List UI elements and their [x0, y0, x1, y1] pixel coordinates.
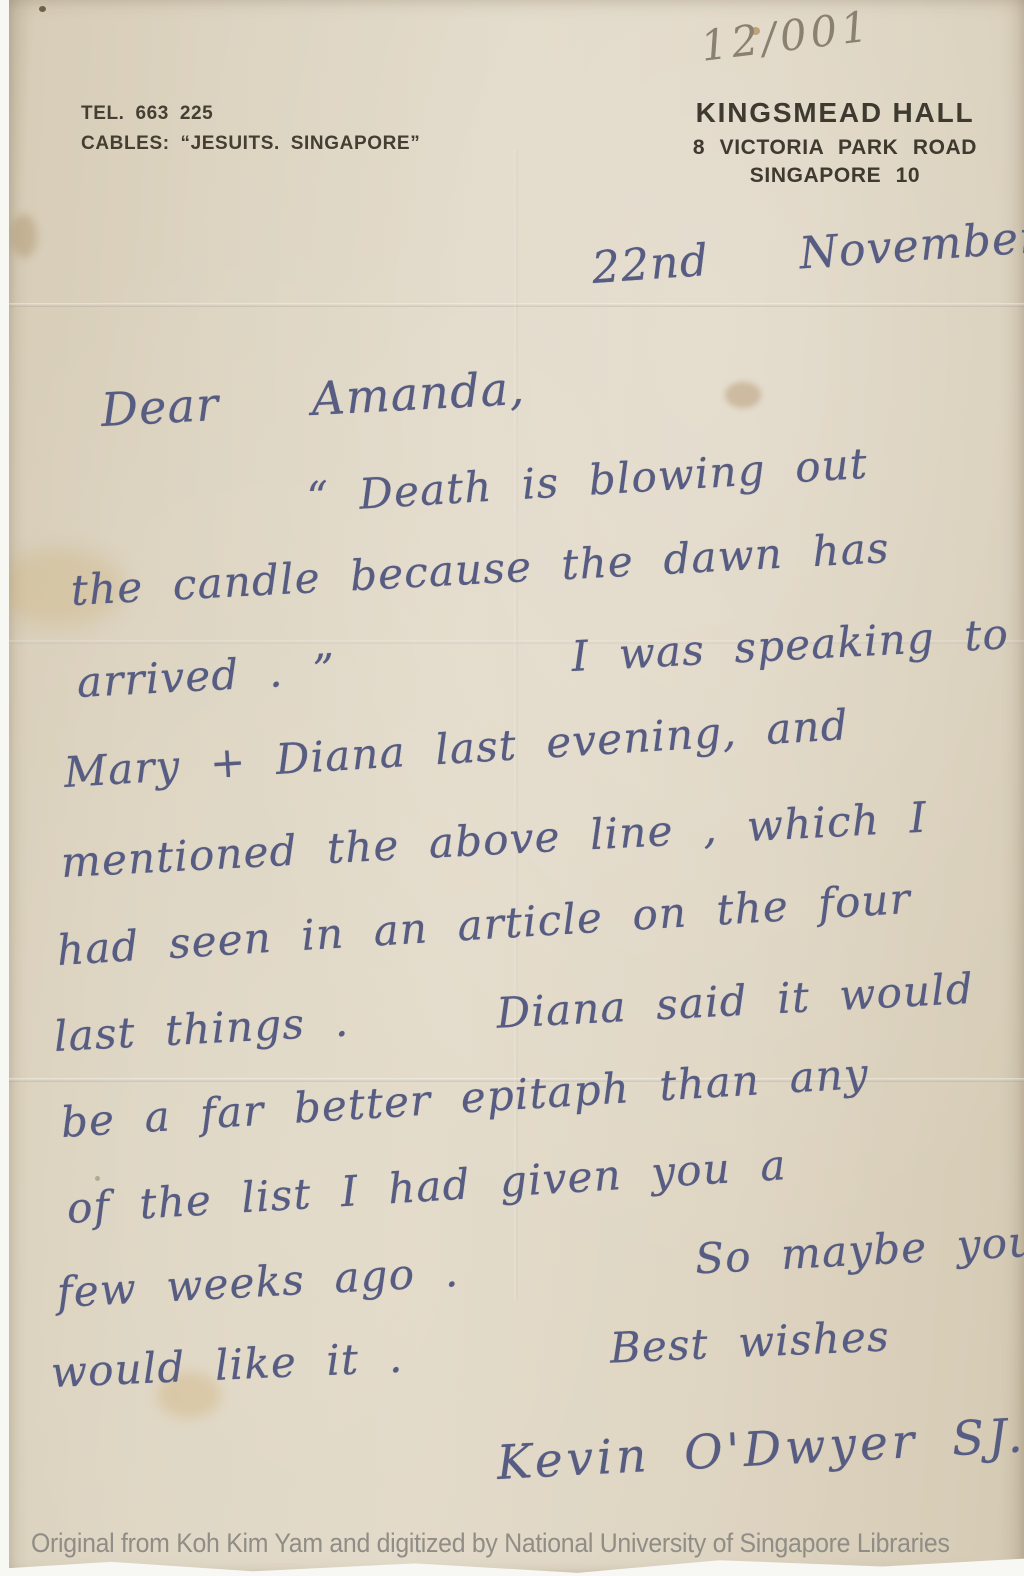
handwritten-line: had seen in an article on the four: [56, 874, 913, 975]
handwritten-line: few weeks ago . So maybe you: [56, 1217, 1024, 1317]
digitization-attribution: Original from Koh Kim Yam and digitized …: [31, 1528, 950, 1559]
paper-speck: [95, 1176, 100, 1181]
handwritten-line: arrived . ” I was speaking to: [76, 609, 1010, 707]
letter-salutation: Dear Amanda,: [100, 361, 527, 437]
letter-paper: TEL. 663 225 CABLES: “JESUITS. SINGAPORE…: [9, 0, 1024, 1576]
paper-stain: [11, 214, 37, 258]
handwritten-line: Mary + Diana last evening, and: [63, 700, 851, 797]
handwritten-line: of the list I had given you a: [66, 1140, 788, 1233]
handwritten-line: “ Death is blowing out: [306, 439, 870, 522]
letterhead-address-line2: SINGAPORE 10: [645, 164, 1024, 188]
letterhead-cables: CABLES: “JESUITS. SINGAPORE”: [81, 129, 420, 159]
handwritten-line: mentioned the above line , which I: [60, 793, 929, 887]
handwritten-line: be a far better epitaph than any: [60, 1049, 871, 1147]
paper-stain: [725, 382, 761, 408]
paper-speck: [39, 6, 46, 12]
letterhead-telephone: TEL. 663 225: [81, 99, 420, 129]
letterhead-address-block: KINGSMEAD HALL 8 VICTORIA PARK ROAD SING…: [645, 97, 1024, 188]
letterhead-contact-block: TEL. 663 225 CABLES: “JESUITS. SINGAPORE…: [81, 99, 420, 159]
handwritten-line: would like it . Best wishes: [50, 1311, 891, 1397]
letter-date: 22nd November: [590, 212, 1024, 294]
handwritten-line: the candle because the dawn has: [70, 523, 891, 615]
signature: Kevin O'Dwyer SJ.: [496, 1408, 1024, 1491]
letterhead-hall-name: KINGSMEAD HALL: [645, 97, 1024, 129]
letterhead-address-line1: 8 VICTORIA PARK ROAD: [645, 136, 1024, 160]
catalog-number-annotation: 12/001: [698, 1, 874, 71]
